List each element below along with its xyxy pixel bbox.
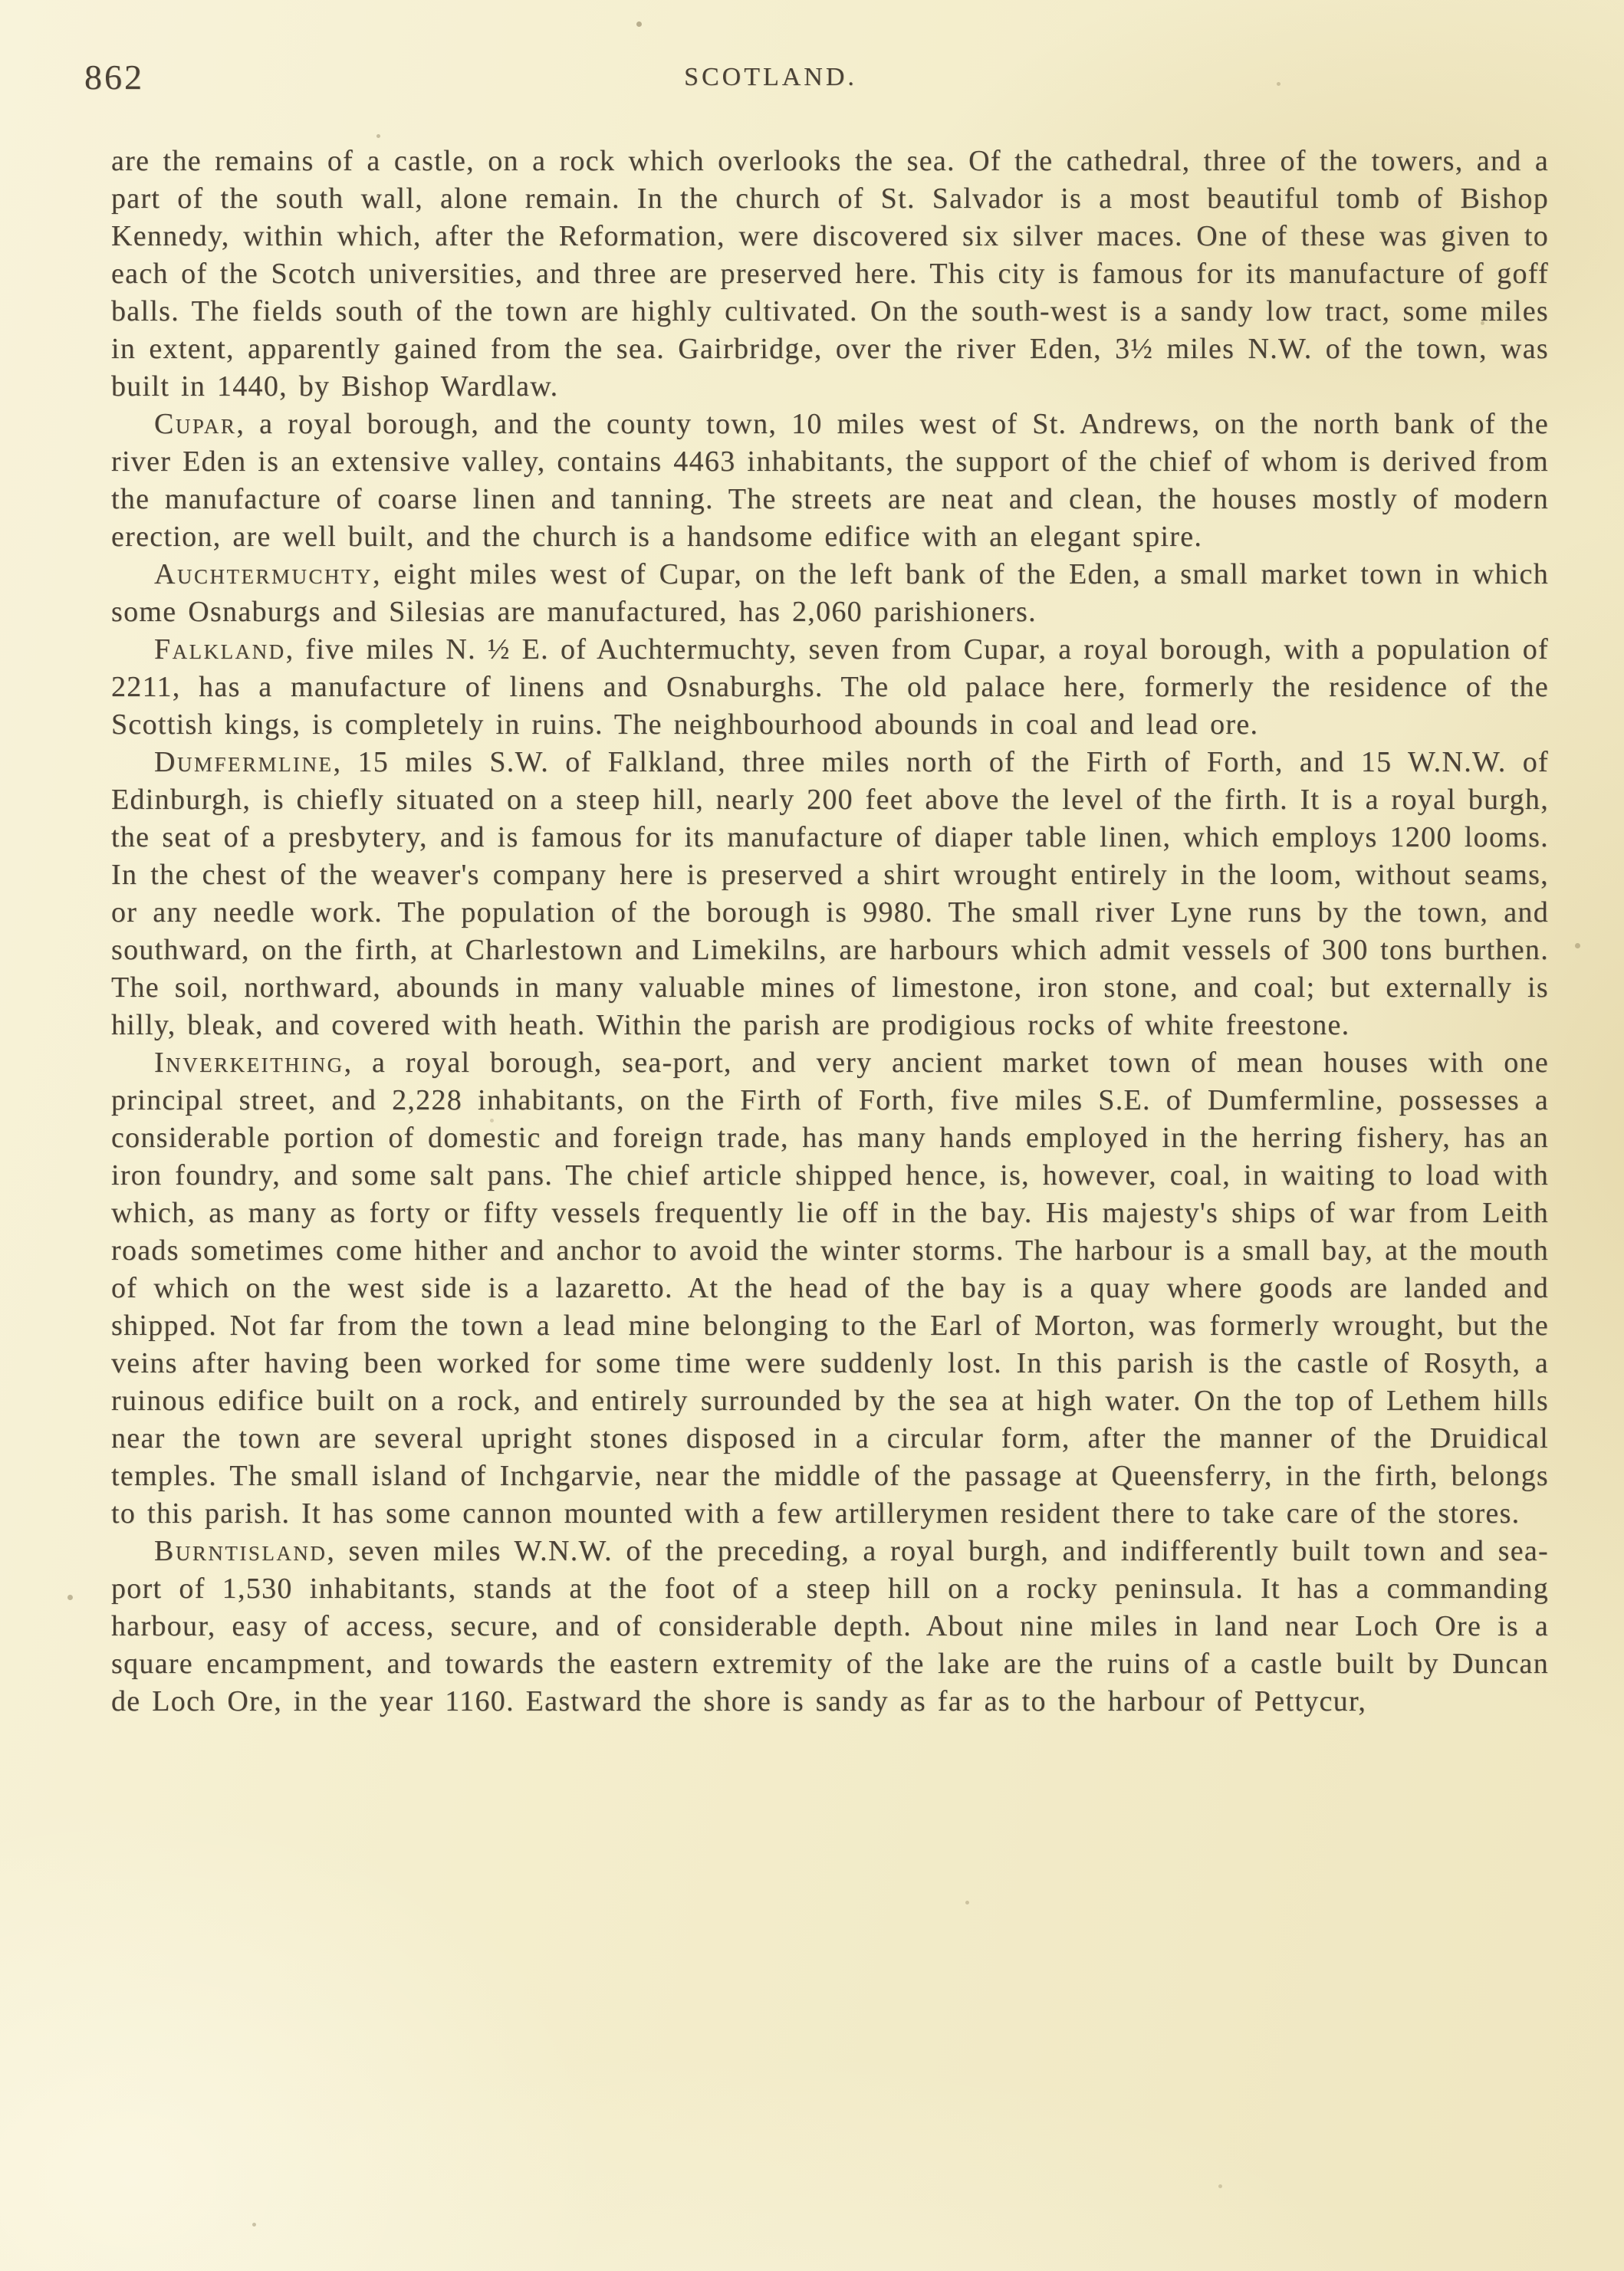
text-block: are the remains of a castle, on a rock w… <box>111 143 1549 1721</box>
place-name-burntisland: Burntisland <box>154 1535 327 1567</box>
paper-specks <box>0 0 2 2</box>
paragraph-dumfermline: Dumfermline, 15 miles S.W. of Falkland, … <box>111 744 1549 1044</box>
paragraph-inverkeithing: Inverkeithing, a royal borough, sea-port… <box>111 1044 1549 1533</box>
place-name-inverkeithing: Inverkeithing <box>154 1047 344 1079</box>
paragraph-st-andrews-continuation: are the remains of a castle, on a rock w… <box>111 143 1549 406</box>
place-name-dumfermline: Dumfermline <box>154 746 333 778</box>
book-page: 862 SCOTLAND. are the remains of a castl… <box>0 0 1624 2271</box>
paragraph-text: , 15 miles S.W. of Falkland, three miles… <box>111 746 1549 1041</box>
place-name-falkland: Falkland <box>154 633 286 666</box>
paragraph-text: , a royal borough, and the county town, … <box>111 408 1549 553</box>
place-name-cupar: Cupar <box>154 408 236 440</box>
paragraph-text: , seven miles W.N.W. of the preceding, a… <box>111 1535 1549 1717</box>
page-header: 862 SCOTLAND. <box>84 57 1549 110</box>
paragraph-text: , five miles N. ½ E. of Auchtermuchty, s… <box>111 633 1549 741</box>
paragraph-cupar: Cupar, a royal borough, and the county t… <box>111 406 1549 556</box>
paragraph-text: , a royal borough, sea-port, and very an… <box>111 1047 1549 1530</box>
paragraph-falkland: Falkland, five miles N. ½ E. of Auchterm… <box>111 631 1549 744</box>
paragraph-auchtermuchty: Auchtermuchty, eight miles west of Cupar… <box>111 556 1549 631</box>
paragraph-burntisland: Burntisland, seven miles W.N.W. of the p… <box>111 1533 1549 1721</box>
place-name-auchtermuchty: Auchtermuchty <box>154 558 373 590</box>
paragraph-text: are the remains of a castle, on a rock w… <box>111 145 1549 403</box>
running-title: SCOTLAND. <box>38 63 1503 92</box>
